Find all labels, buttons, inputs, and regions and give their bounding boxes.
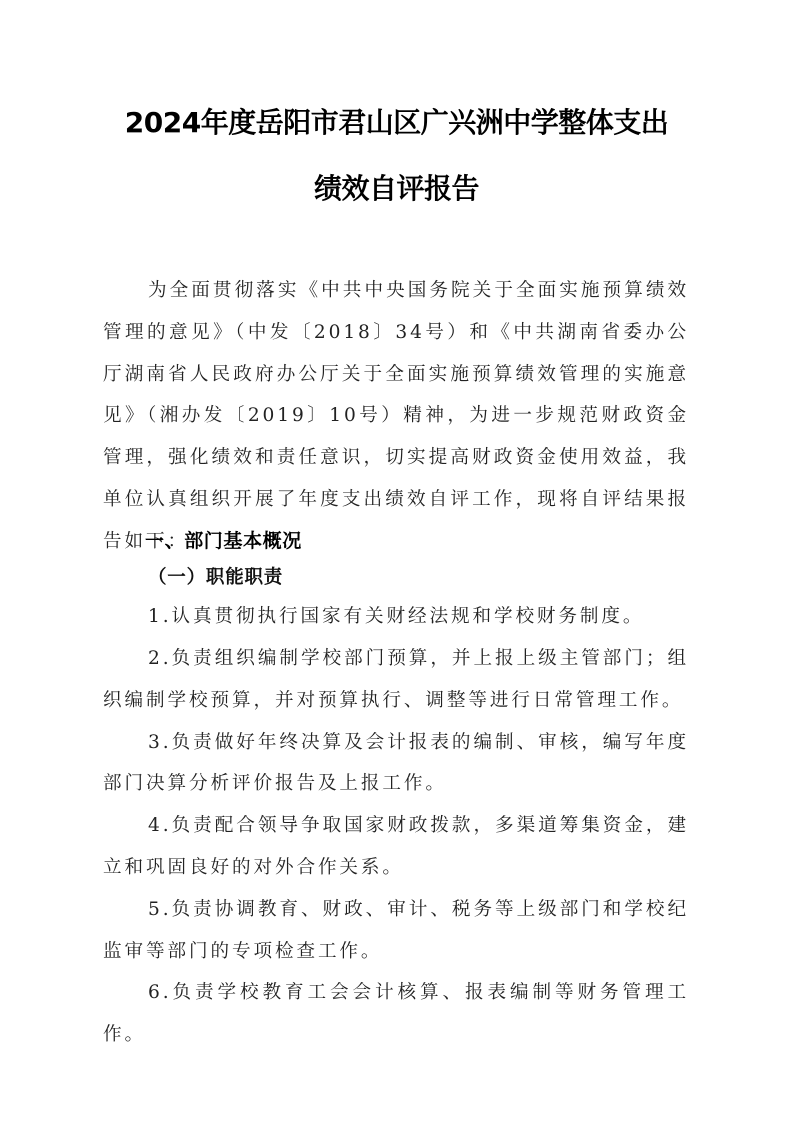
section-heading-basic-overview: 一、部门基本概况: [103, 522, 689, 560]
document-title-line-1: 2024年度岳阳市君山区广兴洲中学整体支出: [60, 101, 733, 141]
document-title-line-2: 绩效自评报告: [60, 167, 733, 207]
section-block: 一、部门基本概况 （一）职能职责: [103, 522, 689, 596]
intro-paragraph: 为全面贯彻落实《中共中央国务院关于全面实施预算绩效管理的意见》（中发〔2018〕…: [103, 270, 689, 563]
duties-list-cont: 2.负责组织编制学校部门预算，并上报上级主管部门；组织编制学校预算，并对预算执行…: [103, 638, 689, 1056]
document-body: 为全面贯彻落实《中共中央国务院关于全面实施预算绩效管理的意见》（中发〔2018〕…: [103, 270, 689, 563]
duty-item-4: 4.负责配合领导争取国家财政拨款，多渠道筹集资金，建立和巩固良好的对外合作关系。: [103, 805, 689, 889]
duty-item-3: 3.负责做好年终决算及会计报表的编制、审核，编写年度部门决算分析评价报告及上报工…: [103, 722, 689, 806]
duty-item-6: 6.负责学校教育工会会计核算、报表编制等财务管理工作。: [103, 972, 689, 1056]
duty-item-5: 5.负责协调教育、财政、审计、税务等上级部门和学校纪监审等部门的专项检查工作。: [103, 889, 689, 973]
duty-item-1: 1.认真贯彻执行国家有关财经法规和学校财务制度。: [103, 596, 689, 638]
document-page: 2024年度岳阳市君山区广兴洲中学整体支出 绩效自评报告 为全面贯彻落实《中共中…: [0, 0, 793, 1122]
duty-item-2: 2.负责组织编制学校部门预算，并上报上级主管部门；组织编制学校预算，并对预算执行…: [103, 638, 689, 722]
duties-list: 1.认真贯彻执行国家有关财经法规和学校财务制度。: [103, 596, 689, 638]
subsection-heading-duties: （一）职能职责: [103, 560, 689, 596]
